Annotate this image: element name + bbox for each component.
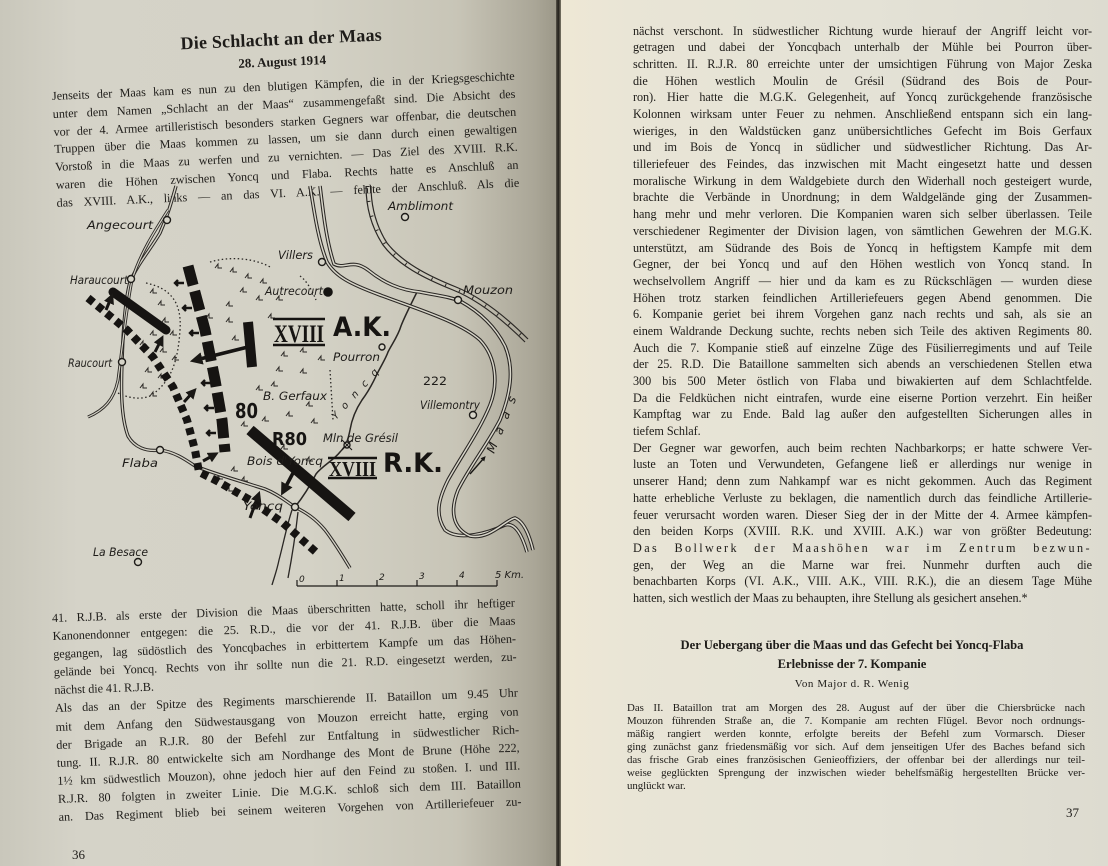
scale-tick-3: 3 bbox=[419, 572, 425, 582]
river-maas bbox=[310, 186, 533, 552]
villemontry-marker bbox=[470, 412, 477, 419]
label-flaba: Flaba bbox=[122, 456, 158, 470]
scale-bar bbox=[297, 580, 497, 586]
battle-map: Angecourt Amblimont Villers Haraucourt A… bbox=[0, 0, 1108, 866]
label-yoncq: Yoncq bbox=[243, 499, 283, 513]
label-villers: Villers bbox=[278, 248, 313, 262]
label-bois-d-yoncq: Bois d'Yoncq bbox=[247, 454, 323, 468]
haraucourt-marker bbox=[128, 276, 135, 283]
label-rk-numeral: XVIII bbox=[329, 457, 376, 481]
label-reserve-80: R80 bbox=[272, 429, 307, 450]
angecourt-marker bbox=[164, 217, 171, 224]
scale-tick-2: 2 bbox=[379, 573, 385, 583]
yoncq-marker bbox=[292, 504, 299, 511]
label-mouzon: Mouzon bbox=[463, 283, 513, 297]
scale-tick-4: 4 bbox=[459, 571, 465, 581]
unit-bar-ak bbox=[248, 322, 252, 367]
label-regiment-80: 80 bbox=[235, 399, 258, 423]
flaba-marker bbox=[157, 447, 164, 454]
label-stream-yoncq: Yoncq bbox=[330, 367, 381, 422]
mouzon-marker bbox=[455, 297, 462, 304]
label-amblimont: Amblimont bbox=[387, 199, 454, 213]
label-autrecourt: Autrecourt bbox=[264, 284, 323, 298]
label-rk: R.K. bbox=[383, 448, 443, 479]
label-villemontry: Villemontry bbox=[420, 398, 480, 412]
label-b-gerfaux: B. Gerfaux bbox=[263, 389, 327, 403]
label-angecourt: Angecourt bbox=[86, 218, 154, 232]
scale-tick-0: 0 bbox=[299, 575, 305, 585]
amblimont-marker bbox=[402, 214, 409, 221]
road-west bbox=[122, 186, 350, 568]
autrecourt-marker bbox=[323, 287, 333, 297]
label-haraucourt: Haraucourt bbox=[70, 273, 128, 287]
label-mln-de-gresil: Mln de Grésil bbox=[323, 431, 399, 445]
label-pourron: Pourron bbox=[333, 350, 380, 364]
label-ak-numeral: XVIII bbox=[274, 321, 324, 348]
raucourt-marker bbox=[119, 359, 126, 366]
villers-marker bbox=[319, 259, 326, 266]
corps-symbol-ak: XVIII bbox=[273, 319, 325, 348]
la-besace-marker bbox=[135, 559, 142, 566]
attack-arrow-rk bbox=[284, 473, 293, 490]
corps-symbol-rk: XVIII bbox=[328, 457, 377, 481]
label-elevation-222: 222 bbox=[423, 374, 447, 388]
label-ak: A.K. bbox=[333, 312, 391, 343]
scale-tick-1: 1 bbox=[339, 574, 345, 584]
label-raucourt: Raucourt bbox=[68, 356, 112, 370]
label-la-besace: La Besace bbox=[93, 545, 148, 559]
scale-end-label: 5 Km. bbox=[495, 570, 524, 581]
